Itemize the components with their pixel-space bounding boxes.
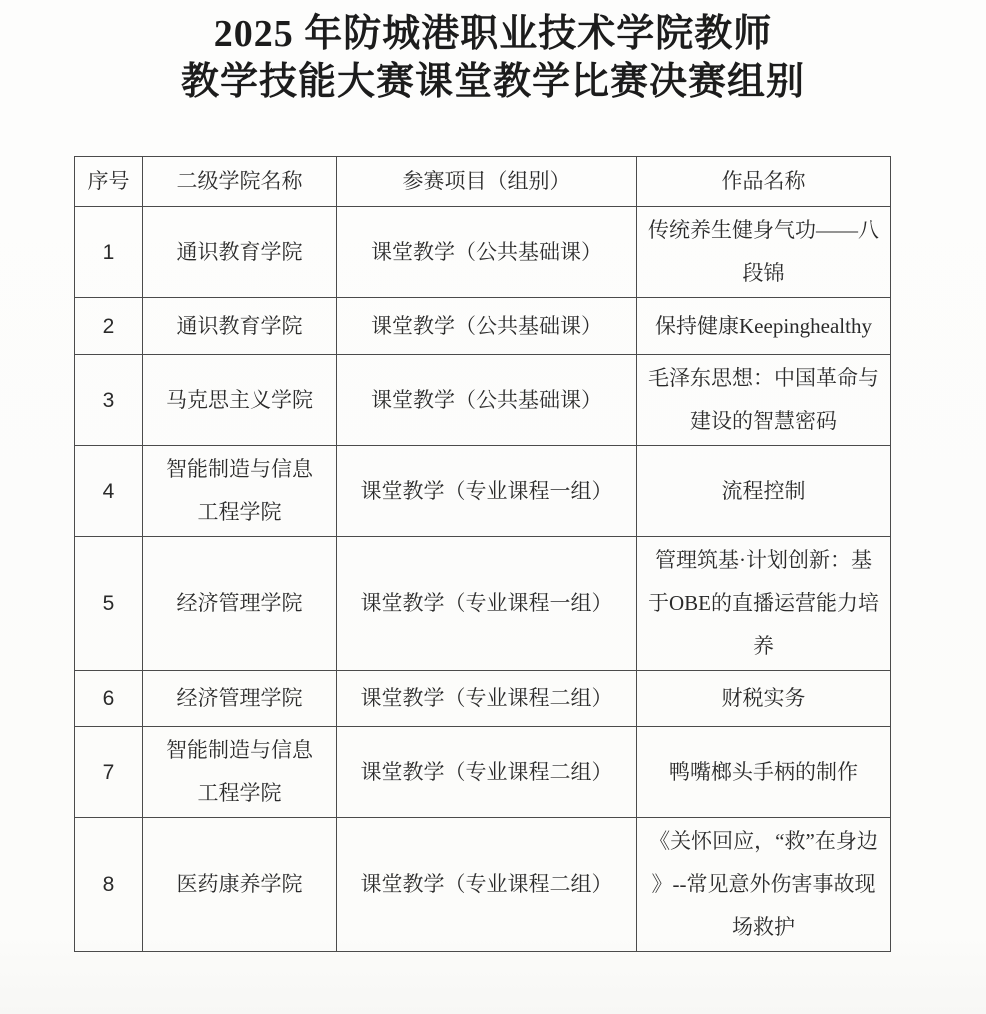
cell-project: 课堂教学（公共基础课） [337,355,637,446]
title-line-1: 2025 年防城港职业技术学院教师 [0,10,986,58]
title-line-2: 教学技能大赛课堂教学比赛决赛组别 [0,58,986,106]
cell-college: 马克思主义学院 [143,355,337,446]
cell-work: 财税实务 [637,671,891,727]
col-header-project: 参赛项目（组别） [337,157,637,207]
cell-index: 2 [75,298,143,355]
cell-project: 课堂教学（专业课程二组） [337,818,637,952]
cell-project: 课堂教学（专业课程一组） [337,446,637,537]
document-page: 2025 年防城港职业技术学院教师 教学技能大赛课堂教学比赛决赛组别 序号 二级… [0,0,986,1014]
cell-index: 8 [75,818,143,952]
cell-work: 流程控制 [637,446,891,537]
document-title: 2025 年防城港职业技术学院教师 教学技能大赛课堂教学比赛决赛组别 [0,0,986,106]
cell-work: 毛泽东思想：中国革命与 建设的智慧密码 [637,355,891,446]
table-header-row: 序号 二级学院名称 参赛项目（组别） 作品名称 [75,157,891,207]
cell-index: 1 [75,207,143,298]
table-row: 2 通识教育学院 课堂教学（公共基础课） 保持健康Keepinghealthy [75,298,891,355]
cell-college: 经济管理学院 [143,671,337,727]
table-row: 3 马克思主义学院 课堂教学（公共基础课） 毛泽东思想：中国革命与 建设的智慧密… [75,355,891,446]
table-row: 7 智能制造与信息 工程学院 课堂教学（专业课程二组） 鸭嘴榔头手柄的制作 [75,727,891,818]
cell-index: 4 [75,446,143,537]
table-row: 4 智能制造与信息 工程学院 课堂教学（专业课程一组） 流程控制 [75,446,891,537]
col-header-college: 二级学院名称 [143,157,337,207]
cell-project: 课堂教学（专业课程一组） [337,537,637,671]
cell-project: 课堂教学（专业课程二组） [337,727,637,818]
cell-index: 6 [75,671,143,727]
cell-index: 5 [75,537,143,671]
table-row: 8 医药康养学院 课堂教学（专业课程二组） 《关怀回应，“救”在身边 》--常见… [75,818,891,952]
table-row: 1 通识教育学院 课堂教学（公共基础课） 传统养生健身气功——八 段锦 [75,207,891,298]
finals-groups-table: 序号 二级学院名称 参赛项目（组别） 作品名称 1 通识教育学院 课堂教学（公共… [74,156,891,952]
cell-college: 智能制造与信息 工程学院 [143,727,337,818]
col-header-index: 序号 [75,157,143,207]
cell-work: 《关怀回应，“救”在身边 》--常见意外伤害事故现 场救护 [637,818,891,952]
cell-college: 智能制造与信息 工程学院 [143,446,337,537]
cell-work: 保持健康Keepinghealthy [637,298,891,355]
cell-index: 7 [75,727,143,818]
cell-college: 通识教育学院 [143,298,337,355]
cell-work: 传统养生健身气功——八 段锦 [637,207,891,298]
cell-work: 鸭嘴榔头手柄的制作 [637,727,891,818]
table-row: 5 经济管理学院 课堂教学（专业课程一组） 管理筑基·计划创新：基 于OBE的直… [75,537,891,671]
cell-college: 通识教育学院 [143,207,337,298]
cell-project: 课堂教学（公共基础课） [337,298,637,355]
cell-work: 管理筑基·计划创新：基 于OBE的直播运营能力培 养 [637,537,891,671]
cell-index: 3 [75,355,143,446]
cell-project: 课堂教学（专业课程二组） [337,671,637,727]
col-header-work: 作品名称 [637,157,891,207]
cell-college: 经济管理学院 [143,537,337,671]
table-row: 6 经济管理学院 课堂教学（专业课程二组） 财税实务 [75,671,891,727]
cell-college: 医药康养学院 [143,818,337,952]
cell-project: 课堂教学（公共基础课） [337,207,637,298]
